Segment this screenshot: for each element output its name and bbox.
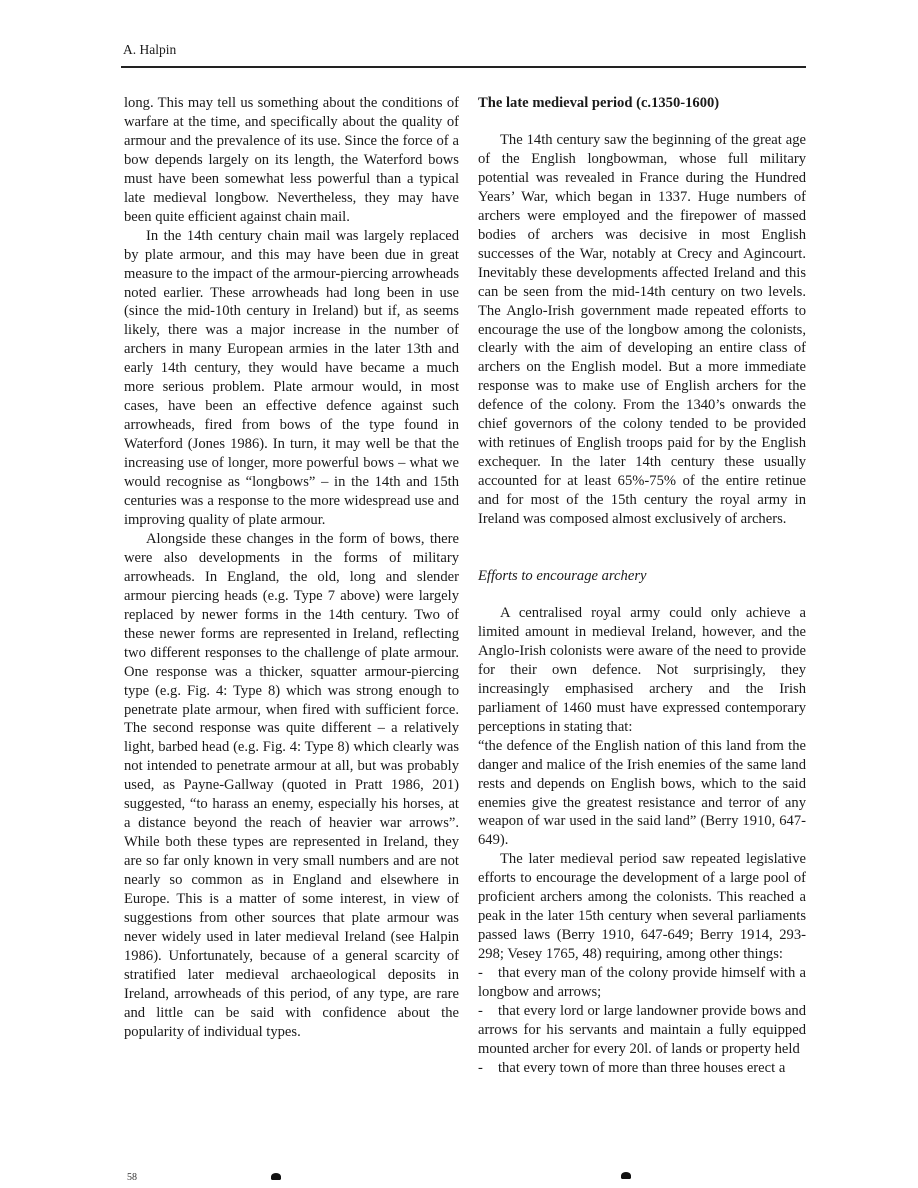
scan-artifact-mark (271, 1173, 281, 1180)
subsection-heading: Efforts to encourage archery (478, 567, 806, 586)
body-paragraph: The later medieval period saw repeated l… (478, 850, 806, 964)
body-paragraph: In the 14th century chain mail was large… (124, 227, 459, 530)
body-paragraph: long. This may tell us something about t… (124, 94, 459, 227)
list-item: -that every lord or large landowner prov… (478, 1002, 806, 1059)
body-paragraph: Alongside these changes in the form of b… (124, 530, 459, 1042)
spacer (478, 529, 806, 567)
running-head: A. Halpin (123, 42, 176, 58)
list-dash: - (478, 1002, 498, 1021)
right-column: The late medieval period (c.1350-1600) T… (478, 94, 806, 1078)
list-item: -that every town of more than three hous… (478, 1059, 806, 1078)
block-quote: “the defence of the English nation of th… (478, 737, 806, 851)
header-rule (121, 66, 806, 68)
body-paragraph: The 14th century saw the beginning of th… (478, 131, 806, 529)
section-heading: The late medieval period (c.1350-1600) (478, 94, 806, 113)
page-number: 58 (127, 1172, 137, 1183)
list-item: -that every man of the colony provide hi… (478, 964, 806, 1002)
list-dash: - (478, 1059, 498, 1078)
list-dash: - (478, 964, 498, 983)
left-column: long. This may tell us something about t… (124, 94, 459, 1042)
scan-artifact-mark (621, 1172, 631, 1179)
body-paragraph: A centralised royal army could only achi… (478, 604, 806, 737)
